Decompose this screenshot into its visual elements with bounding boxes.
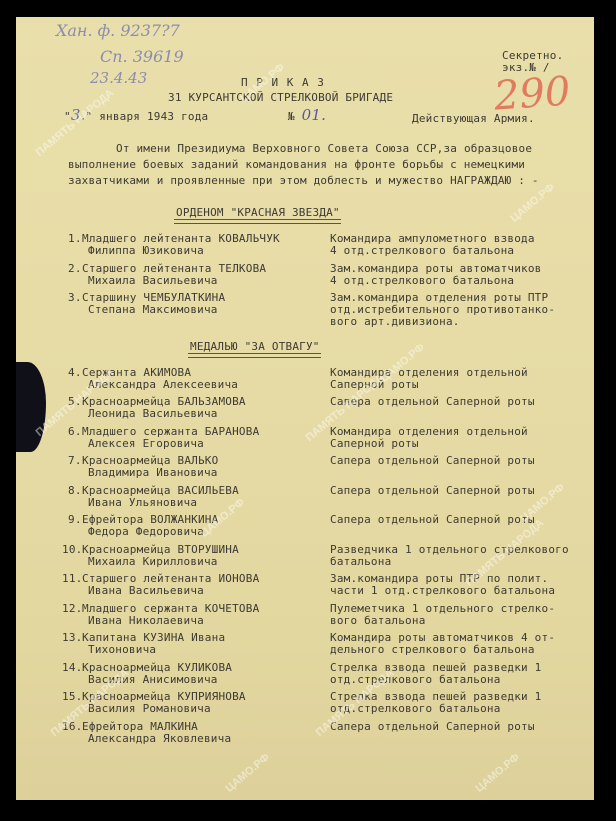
awardee-given-name: Тихоновича [88,644,156,656]
awardee-position: 4 отд.стрелкового батальона [330,275,514,287]
awardee-position: части 1 отд.стрелкового батальона [330,585,555,597]
preamble-line-3: захватчиками и проявленные при этом добл… [68,175,539,187]
awardee-given-name: Михаила Васильевича [88,275,218,287]
awardee-position: Сапера отдельной Саперной роты [330,721,535,733]
awardee-given-name: Федора Федоровича [88,526,204,538]
preamble-line-1: От имени Президиума Верховного Совета Со… [116,143,532,155]
archive-mark-2: Сп. 39619 [100,47,184,66]
section-heading: ОРДЕНОМ "КРАСНАЯ ЗВЕЗДА" [176,207,340,219]
awardee-given-name: Алексея Егоровича [88,438,204,450]
document-page: Хан. ф. 9237?7 Сп. 39619 23.4.43 Секретн… [16,17,594,800]
awardee-position: Сапера отдельной Саперной роты [330,485,535,497]
awardee-number: 12. [62,603,82,615]
awardee-number: 1. [68,233,82,245]
watermark-site: ЦАМО.РФ [473,751,522,794]
awardee-position: Сапера отдельной Саперной роты [330,514,535,526]
archive-mark-3: 23.4.43 [90,69,147,87]
awardee-given-name: Михаила Кирилловича [88,556,218,568]
awardee-position: батальона [330,556,391,568]
awardee-number: 13. [62,632,82,644]
awardee-number: 15. [62,691,82,703]
watermark-project: ПАМЯТЬ НАРОДА [34,87,117,159]
awardee-given-name: Филиппа Юзиковича [88,245,204,257]
awardee-position: отд.стрелкового батальона [330,674,501,686]
awardee-position: вого батальона [330,615,426,627]
awardee-number: 2. [68,263,82,275]
awardee-given-name: Леонида Васильевича [88,408,218,420]
watermark-site: ЦАМО.РФ [508,181,557,224]
awardee-given-name: Василия Романовича [88,703,211,715]
awardee-number: 7. [68,455,82,467]
order-number: № 01. [288,109,326,123]
awardee-number: 8. [68,485,82,497]
awardee-position: дельного стрелкового батальона [330,644,535,656]
awardee-given-name: Александра Яковлевича [88,733,231,745]
awardee-number: 6. [68,426,82,438]
awardee-number: 14. [62,662,82,674]
awardee-number: 10. [62,544,82,556]
awardee-given-name: Степана Максимовича [88,304,218,316]
awardee-position: Саперной роты [330,438,419,450]
archive-mark-1: Хан. ф. 9237?7 [56,21,180,40]
awardee-number: 3. [68,292,82,304]
awardee-given-name: Владимира Ивановича [88,467,218,479]
heading-underline [174,219,341,224]
awardee-given-name: Ивана Ульяновича [88,497,197,509]
awardee-position: Сапера отдельной Саперной роты [330,455,535,467]
section-heading: МЕДАЛЬЮ "ЗА ОТВАГУ" [190,341,320,353]
awardee-number: 4. [68,367,82,379]
awardee-position: 4 отд.стрелкового батальона [330,245,514,257]
watermark-site: ЦАМО.РФ [223,751,272,794]
awardee-number: 11. [62,573,82,585]
awardee-given-name: Ивана Николаевича [88,615,204,627]
heading-underline [188,353,321,358]
preamble-line-2: выполнение боевых заданий командования н… [68,159,525,171]
unit-name: 31 КУРСАНТСКОЙ СТРЕЛКОВОЙ БРИГАДЕ [168,92,393,104]
location: Действующая Армия. [412,113,535,125]
awardee-given-name: Ивана Васильевича [88,585,204,597]
awardee-number: 9. [68,514,82,526]
awardee-position: вого арт.дивизиона. [330,316,460,328]
